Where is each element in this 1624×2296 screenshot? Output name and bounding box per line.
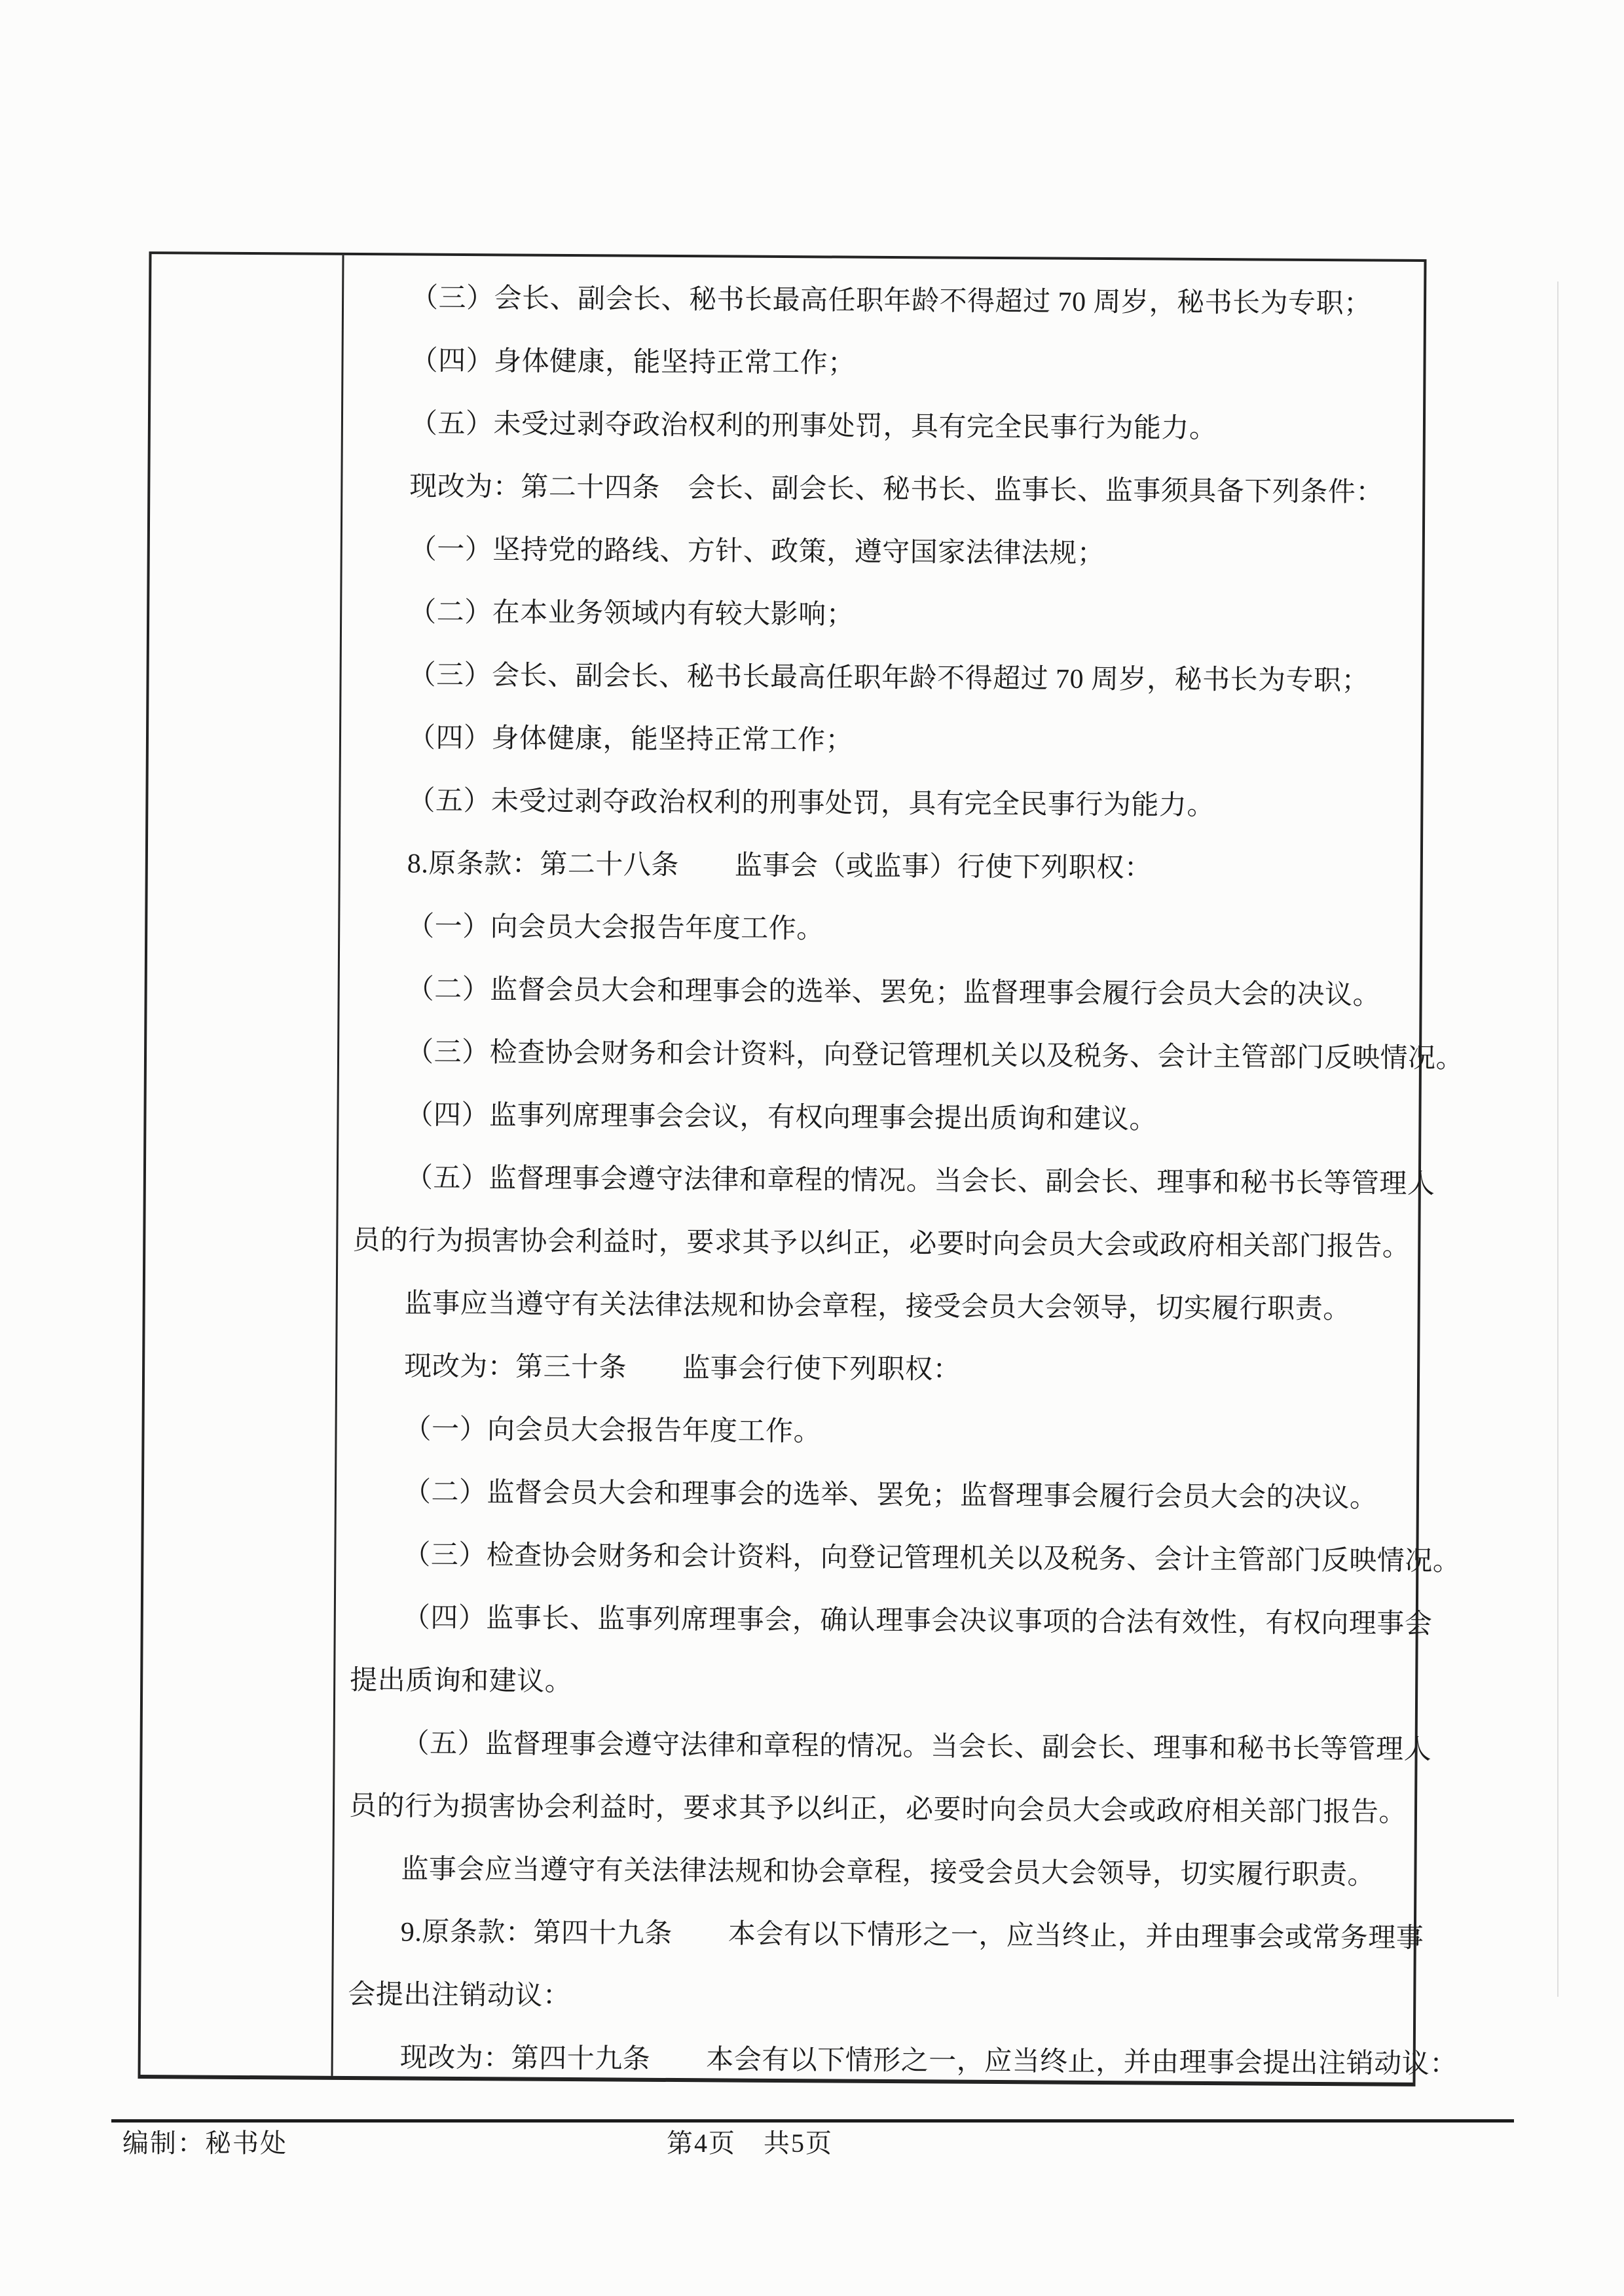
text-line: （二）监督会员大会和理事会的选举、罢免；监督理事会履行会员大会的决议。 <box>354 958 1407 1027</box>
text-line: （二）在本业务领域内有较大影响； <box>356 581 1410 650</box>
text-line: （一）坚持党的路线、方针、政策，遵守国家法律法规； <box>356 518 1410 587</box>
text-line: （一）向会员大会报告年度工作。 <box>354 895 1408 964</box>
text-line: （三）检查协会财务和会计资料，向登记管理机关以及税务、会计主管部门反映情况。 <box>354 1021 1407 1090</box>
scan-artifact-line <box>1557 282 1559 1997</box>
text-line: 现改为：第二十四条 会长、副会长、秘书长、监事长、监事须具备下列条件： <box>357 455 1411 524</box>
text-line: （五）监督理事会遵守法律和章程的情况。当会长、副会长、理事和秘书长等管理人 <box>353 1146 1407 1216</box>
text-line: （四）身体健康，能坚持正常工作； <box>356 706 1409 776</box>
footer-page-indicator: 第4页 共5页 <box>667 2128 833 2159</box>
text-line: 会提出注销动议： <box>348 1963 1401 2033</box>
text-line: 8.原条款：第二十八条 监事会（或监事）行使下列职权： <box>355 832 1409 902</box>
text-line: （三）会长、副会长、秘书长最高任职年龄不得超过 70 周岁，秘书长为专职； <box>358 266 1412 336</box>
text-line: （四）身体健康，能坚持正常工作； <box>358 329 1411 399</box>
scanned-document-page: （三）会长、副会长、秘书长最高任职年龄不得超过 70 周岁，秘书长为专职；（四）… <box>0 0 1624 2296</box>
text-line: 9.原条款：第四十九条 本会有以下情形之一，应当终止，并由理事会或常务理事 <box>348 1901 1402 1970</box>
text-line: （五）未受过剥夺政治权利的刑事处罚，具有完全民事行为能力。 <box>358 392 1411 462</box>
text-line: （三）会长、副会长、秘书长最高任职年龄不得超过 70 周岁，秘书长为专职； <box>356 644 1409 713</box>
text-line: 监事应当遵守有关法律法规和协会章程，接受会员大会领导，切实履行职责。 <box>352 1272 1405 1341</box>
text-line: 现改为：第四十九条 本会有以下情形之一，应当终止，并由理事会提出注销动议： <box>347 2026 1401 2096</box>
text-line: （四）监事列席理事会会议，有权向理事会提出质询和建议。 <box>353 1084 1407 1153</box>
text-line: 提出质询和建议。 <box>350 1649 1403 1719</box>
footer-author-label: 编制：秘书处 <box>122 2128 287 2159</box>
footer-divider-line <box>111 2119 1514 2123</box>
text-line: （三）检查协会财务和会计资料，向登记管理机关以及税务、会计主管部门反映情况。 <box>350 1523 1404 1593</box>
text-line: 员的行为损害协会利益时，要求其予以纠正，必要时向会员大会或政府相关部门报告。 <box>349 1775 1403 1844</box>
text-line: （五）未受过剥夺政治权利的刑事处罚，具有完全民事行为能力。 <box>355 769 1409 839</box>
amendment-table: （三）会长、副会长、秘书长最高任职年龄不得超过 70 周岁，秘书长为专职；（四）… <box>138 251 1426 2086</box>
table-text-rows: （三）会长、副会长、秘书长最高任职年龄不得超过 70 周岁，秘书长为专职；（四）… <box>347 266 1411 2096</box>
text-line: （四）监事长、监事列席理事会，确认理事会决议事项的合法有效性，有权向理事会 <box>350 1586 1404 1656</box>
text-line: （二）监督会员大会和理事会的选举、罢免；监督理事会履行会员大会的决议。 <box>351 1461 1405 1530</box>
text-line: （五）监督理事会遵守法律和章程的情况。当会长、副会长、理事和秘书长等管理人 <box>349 1712 1403 1781</box>
text-line: 现改为：第三十条 监事会行使下列职权： <box>352 1335 1405 1404</box>
text-line: 员的行为损害协会利益时，要求其予以纠正，必要时向会员大会或政府相关部门报告。 <box>352 1209 1406 1279</box>
table-left-column <box>141 254 342 2076</box>
text-line: （一）向会员大会报告年度工作。 <box>351 1398 1405 1467</box>
text-line: 监事会应当遵守有关法律法规和协会章程，接受会员大会领导，切实履行职责。 <box>348 1838 1402 1907</box>
